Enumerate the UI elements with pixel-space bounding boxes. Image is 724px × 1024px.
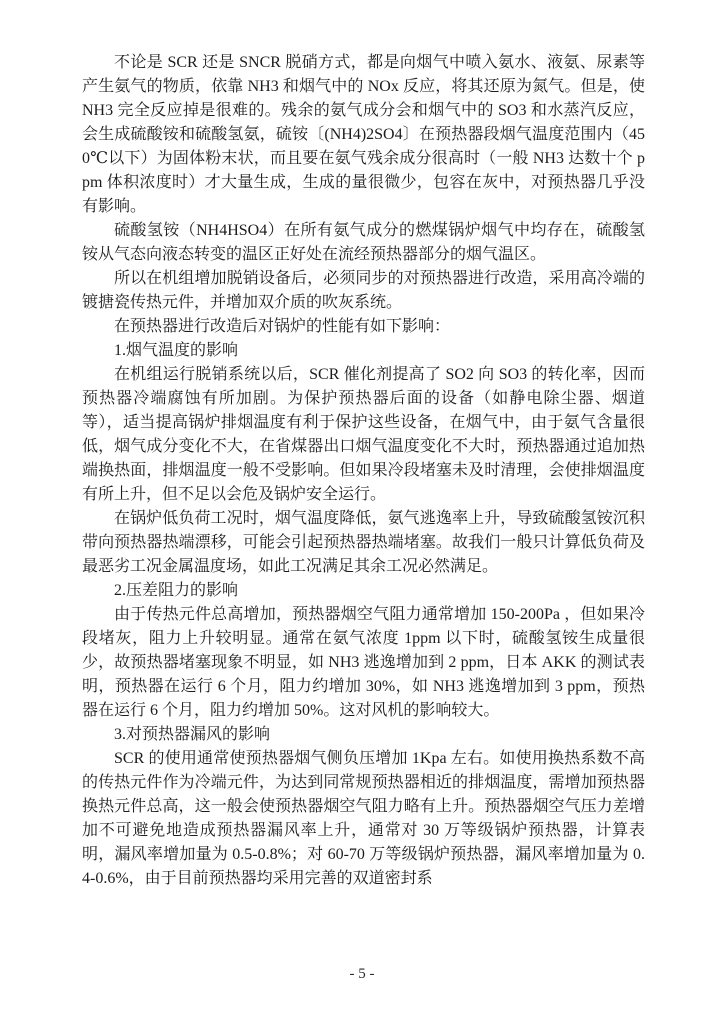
paragraph: 由于传热元件总高增加，预热器烟空气阻力通常增加 150-200Pa ，但如果冷段… <box>82 603 645 723</box>
section-heading: 1.烟气温度的影响 <box>82 339 645 363</box>
document-body: 不论是 SCR 还是 SNCR 脱硝方式，都是向烟气中喷入氨水、液氨、尿素等产生… <box>82 51 645 891</box>
paragraph: 在锅炉低负荷工况时，烟气温度降低，氨气逃逸率上升，导致硫酸氢铵沉积带向预热器热端… <box>82 507 645 579</box>
document-page: 不论是 SCR 还是 SNCR 脱硝方式，都是向烟气中喷入氨水、液氨、尿素等产生… <box>0 0 724 1024</box>
page-footer: - 5 - <box>0 962 724 986</box>
section-heading: 2.压差阻力的影响 <box>82 579 645 603</box>
paragraph: 在预热器进行改造后对锅炉的性能有如下影响： <box>82 315 645 339</box>
paragraph: SCR 的使用通常使预热器烟气侧负压增加 1Kpa 左右。如使用换热系数不高的传… <box>82 747 645 891</box>
paragraph: 所以在机组增加脱销设备后，必须同步的对预热器进行改造，采用高冷端的镀搪瓷传热元件… <box>82 267 645 315</box>
paragraph: 在机组运行脱销系统以后，SCR 催化剂提高了 SO2 向 SO3 的转化率，因而… <box>82 363 645 507</box>
section-heading: 3.对预热器漏风的影响 <box>82 723 645 747</box>
paragraph: 硫酸氢铵（NH4HSO4）在所有氨气成分的燃煤锅炉烟气中均存在，硫酸氢铵从气态向… <box>82 219 645 267</box>
paragraph: 不论是 SCR 还是 SNCR 脱硝方式，都是向烟气中喷入氨水、液氨、尿素等产生… <box>82 51 645 219</box>
page-number: - 5 - <box>350 966 375 982</box>
